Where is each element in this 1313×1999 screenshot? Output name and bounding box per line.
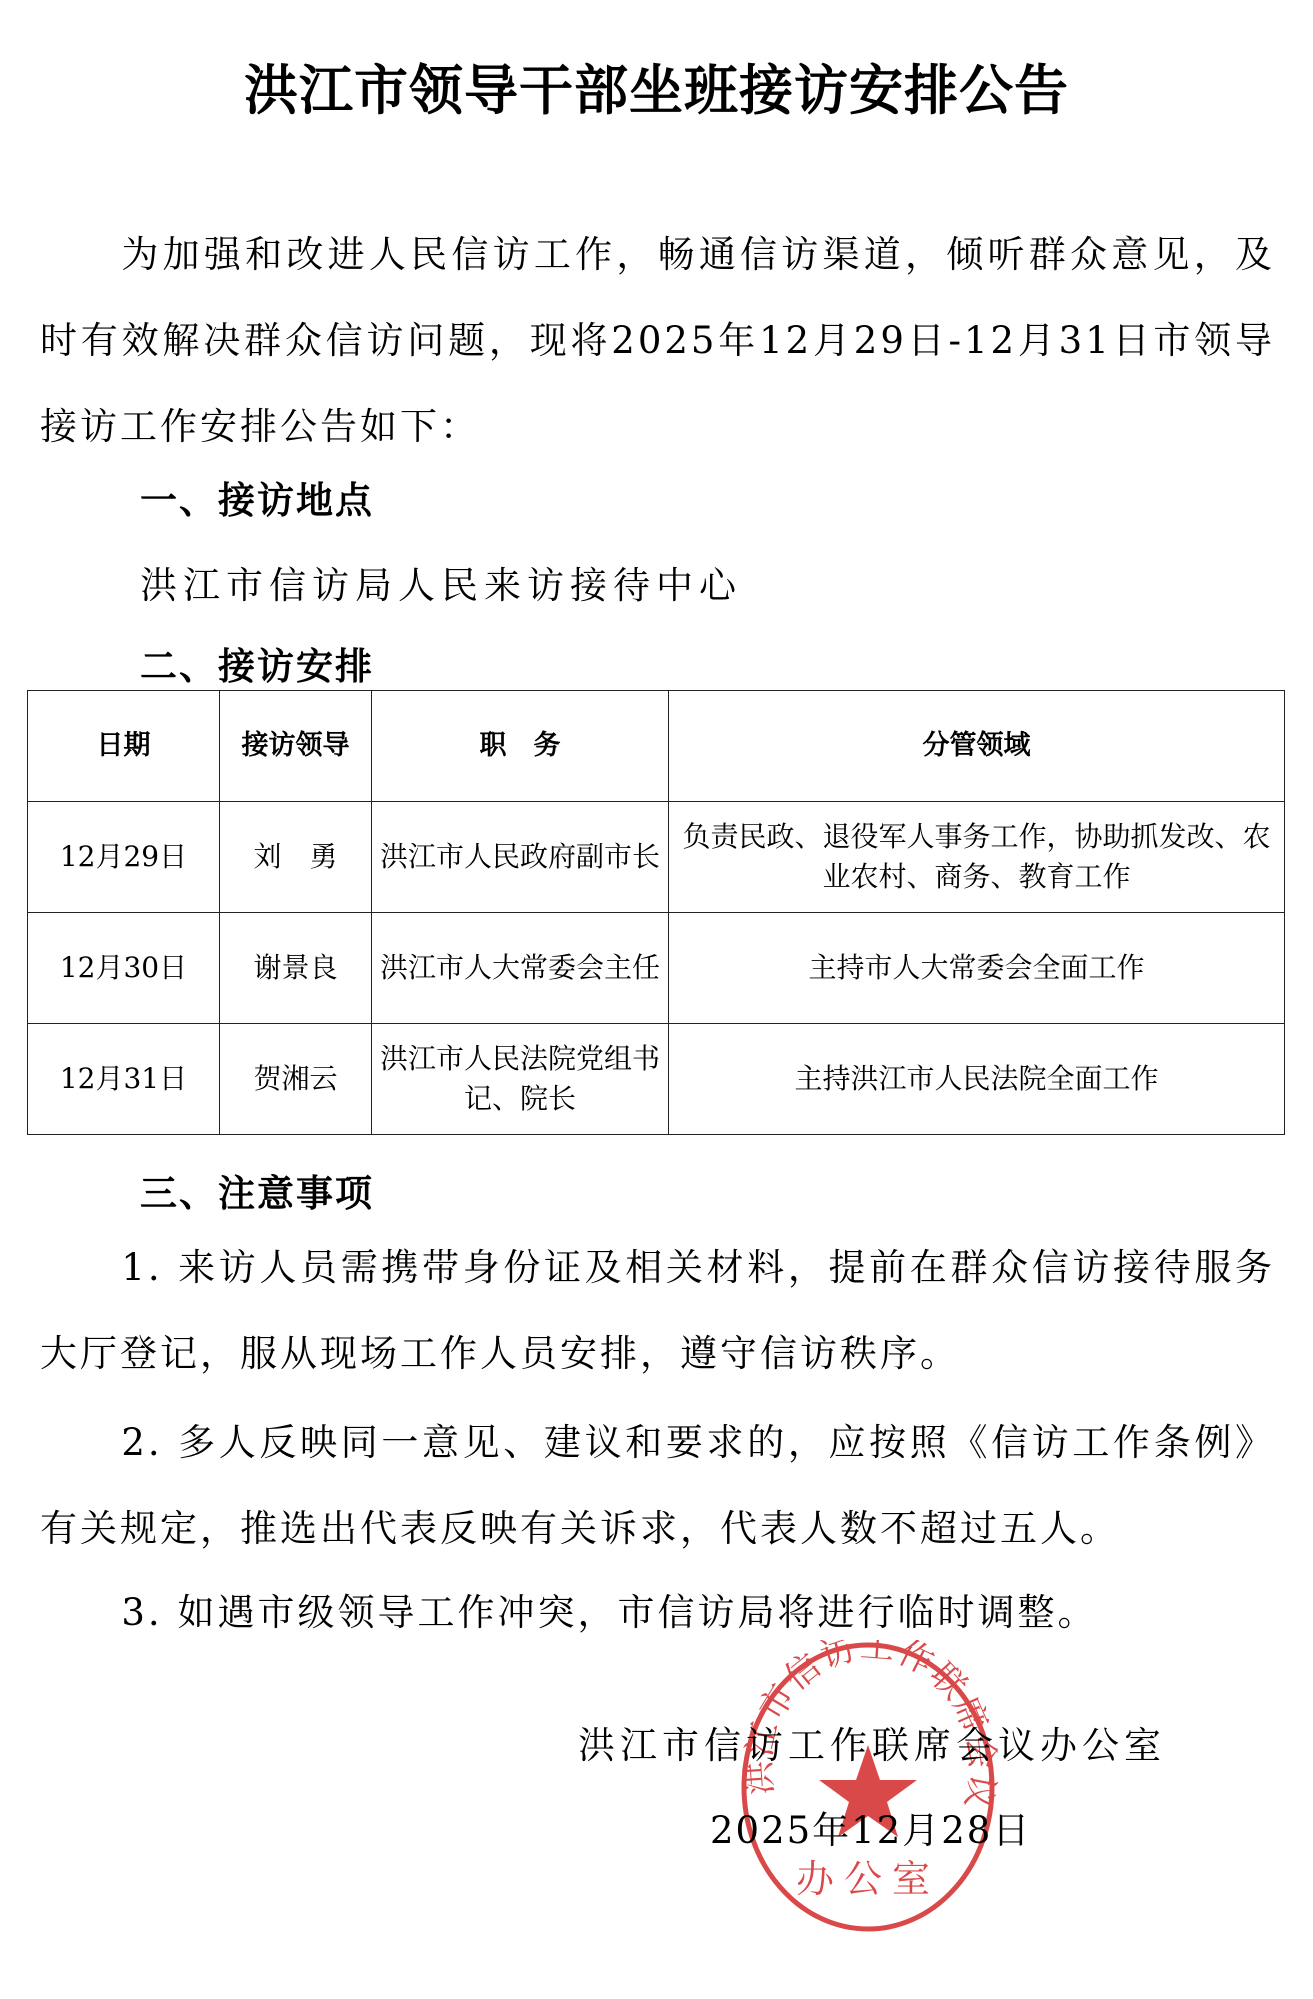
table-row: 12月31日 贺湘云 洪江市人民法院党组书记、院长 主持洪江市人民法院全面工作 (28, 1024, 1285, 1135)
cell-leader: 刘 勇 (220, 802, 372, 913)
note-item-3: 3. 如遇市级领导工作冲突，市信访局将进行临时调整。 (40, 1570, 1275, 1656)
header-responsibility: 分管领域 (669, 691, 1285, 802)
location-text: 洪江市信访局人民来访接待中心 (140, 555, 742, 609)
signature-date: 2025年12月28日 (710, 1800, 1031, 1854)
cell-position: 洪江市人大常委会主任 (372, 913, 669, 1024)
cell-responsibility: 主持洪江市人民法院全面工作 (669, 1024, 1285, 1135)
note-item-2: 2. 多人反映同一意见、建议和要求的，应按照《信访工作条例》有关规定，推选出代表… (40, 1400, 1275, 1572)
signature-organization: 洪江市信访工作联席会议办公室 (578, 1715, 1166, 1769)
cell-date: 12月31日 (28, 1024, 220, 1135)
official-seal-icon: 洪江市信访工作联席会议 办公室 (738, 1640, 998, 1935)
header-position: 职 务 (372, 691, 669, 802)
cell-position: 洪江市人民政府副市长 (372, 802, 669, 913)
page-title: 洪江市领导干部坐班接访安排公告 (0, 48, 1313, 125)
cell-date: 12月29日 (28, 802, 220, 913)
table-row: 12月29日 刘 勇 洪江市人民政府副市长 负责民政、退役军人事务工作，协助抓发… (28, 802, 1285, 913)
seal-bottom-text: 办公室 (796, 1857, 940, 1901)
schedule-table: 日期 接访领导 职 务 分管领域 12月29日 刘 勇 洪江市人民政府副市长 负… (27, 690, 1285, 1135)
intro-paragraph: 为加强和改进人民信访工作，畅通信访渠道，倾听群众意见，及时有效解决群众信访问题，… (40, 212, 1275, 470)
section-heading-location: 一、接访地点 (140, 470, 374, 524)
header-leader: 接访领导 (220, 691, 372, 802)
cell-responsibility: 主持市人大常委会全面工作 (669, 913, 1285, 1024)
cell-date: 12月30日 (28, 913, 220, 1024)
cell-position: 洪江市人民法院党组书记、院长 (372, 1024, 669, 1135)
table-header-row: 日期 接访领导 职 务 分管领域 (28, 691, 1285, 802)
section-heading-schedule: 二、接访安排 (140, 636, 374, 690)
header-date: 日期 (28, 691, 220, 802)
cell-leader: 谢景良 (220, 913, 372, 1024)
note-item-1: 1. 来访人员需携带身份证及相关材料，提前在群众信访接待服务大厅登记，服从现场工… (40, 1225, 1275, 1397)
section-heading-notes: 三、注意事项 (140, 1163, 374, 1217)
cell-leader: 贺湘云 (220, 1024, 372, 1135)
table-row: 12月30日 谢景良 洪江市人大常委会主任 主持市人大常委会全面工作 (28, 913, 1285, 1024)
cell-responsibility: 负责民政、退役军人事务工作，协助抓发改、农业农村、商务、教育工作 (669, 802, 1285, 913)
